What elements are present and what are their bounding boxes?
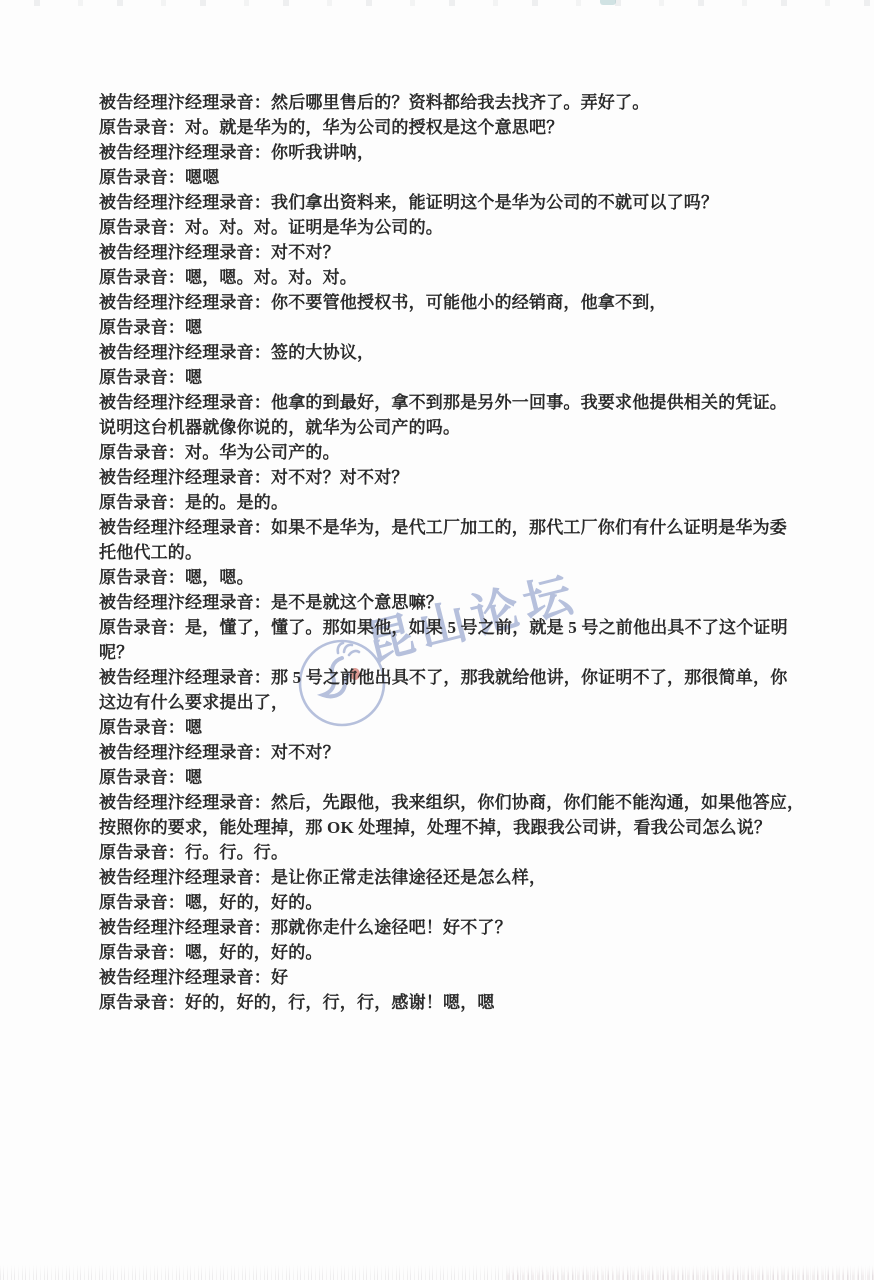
transcript-line: 被告经理汴经理录音：好 (99, 965, 819, 990)
transcript-line: 被告经理汴经理录音：是不是就这个意思嘛？ (99, 590, 819, 615)
transcript-line: 被告经理汴经理录音：如果不是华为，是代工厂加工的，那代工厂你们有什么证明是华为委 (99, 515, 819, 540)
transcript-line: 按照你的要求，能处理掉，那 OK 处理掉，处理不掉，我跟我公司讲，看我公司怎么说… (99, 815, 819, 840)
scan-artifact-bottom-edge (0, 1265, 874, 1280)
transcript-line: 被告经理汴经理录音：然后哪里售后的？资料都给我去找齐了。弄好了。 (99, 90, 819, 115)
transcript-line: 被告经理汴经理录音：然后，先跟他，我来组织，你们协商，你们能不能沟通，如果他答应… (99, 790, 819, 815)
transcript-line: 原告录音：嗯，嗯。对。对。对。 (99, 265, 819, 290)
transcript-line: 原告录音：是的。是的。 (99, 490, 819, 515)
transcript-line: 原告录音：嗯，好的，好的。 (99, 890, 819, 915)
transcript-line: 原告录音：对。就是华为的，华为公司的授权是这个意思吧？ (99, 115, 819, 140)
transcript-line: 被告经理汴经理录音：对不对？ (99, 740, 819, 765)
transcript-line: 被告经理汴经理录音：对不对？ (99, 240, 819, 265)
transcript-line: 原告录音：对。华为公司产的。 (99, 440, 819, 465)
transcript-line: 原告录音：嗯 (99, 715, 819, 740)
transcript-line: 原告录音：对。对。对。证明是华为公司的。 (99, 215, 819, 240)
transcript-line: 被告经理汴经理录音：那 5 号之前他出具不了，那我就给他讲，你证明不了，那很简单… (99, 665, 819, 690)
transcript-line: 原告录音：嗯 (99, 365, 819, 390)
transcript-line: 呢？ (99, 640, 819, 665)
scanned-transcript-page: 昆山论坛 被告经理汴经理录音：然后哪里售后的？资料都给我去找齐了。弄好了。原告录… (0, 0, 874, 1280)
transcript-line: 被告经理汴经理录音：他拿的到最好，拿不到那是另外一回事。我要求他提供相关的凭证。 (99, 390, 819, 415)
transcript-line: 原告录音：嗯嗯 (99, 165, 819, 190)
transcript-line: 原告录音：行。行。行。 (99, 840, 819, 865)
transcript-line: 原告录音：嗯，好的，好的。 (99, 940, 819, 965)
transcript-line: 被告经理汴经理录音：签的大协议， (99, 340, 819, 365)
transcript-line: 原告录音：好的，好的，行，行，行，感谢！嗯，嗯 (99, 990, 819, 1015)
scan-artifact-top-edge (0, 0, 874, 6)
transcript-line: 被告经理汴经理录音：我们拿出资料来，能证明这个是华为公司的不就可以了吗？ (99, 190, 819, 215)
transcript-line: 被告经理汴经理录音：你听我讲呐， (99, 140, 819, 165)
transcript-line: 这边有什么要求提出了， (99, 690, 819, 715)
transcript-line: 托他代工的。 (99, 540, 819, 565)
transcript-body: 被告经理汴经理录音：然后哪里售后的？资料都给我去找齐了。弄好了。原告录音：对。就… (99, 90, 819, 1015)
transcript-line: 原告录音：嗯 (99, 765, 819, 790)
transcript-line: 原告录音：嗯，嗯。 (99, 565, 819, 590)
transcript-line: 被告经理汴经理录音：对不对？对不对？ (99, 465, 819, 490)
transcript-line: 被告经理汴经理录音：那就你走什么途径吧！好不了？ (99, 915, 819, 940)
transcript-line: 被告经理汴经理录音：是让你正常走法律途径还是怎么样， (99, 865, 819, 890)
transcript-line: 原告录音：嗯 (99, 315, 819, 340)
transcript-line: 被告经理汴经理录音：你不要管他授权书，可能他小的经销商，他拿不到， (99, 290, 819, 315)
transcript-line: 原告录音：是，懂了，懂了。那如果他，如果 5 号之前，就是 5 号之前他出具不了… (99, 615, 819, 640)
transcript-line: 说明这台机器就像你说的，就华为公司产的吗。 (99, 415, 819, 440)
